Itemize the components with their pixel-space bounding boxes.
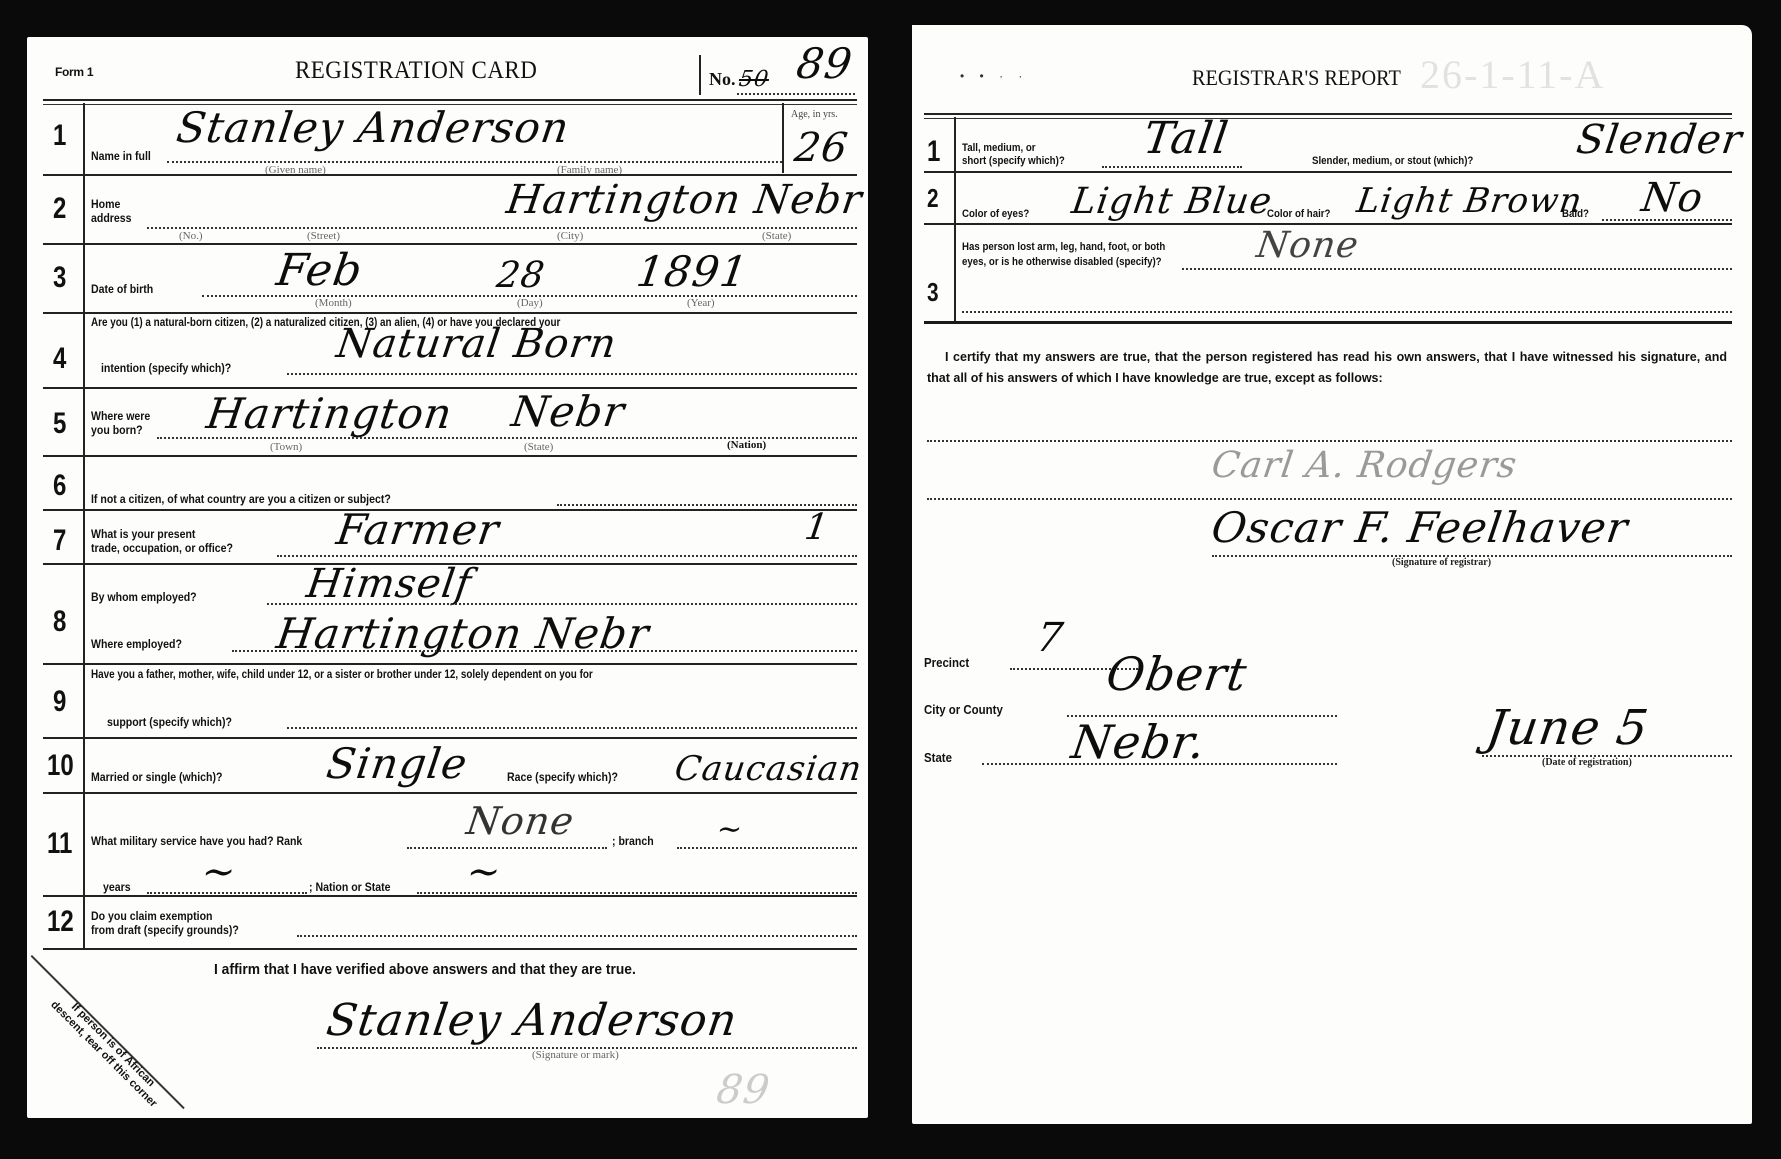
- field-label: Do you claim exemption: [91, 909, 212, 924]
- field-label: By whom employed?: [91, 590, 197, 605]
- faint-signature: Carl A. Rodgers: [1209, 445, 1520, 486]
- marital-status-value: Single: [324, 739, 471, 788]
- affirmation-text: I affirm that I have verified above answ…: [214, 962, 636, 977]
- military-rank-value: None: [464, 799, 577, 843]
- field-label: eyes, or is he otherwise disabled (speci…: [962, 255, 1162, 270]
- field-label: What military service have you had? Rank: [91, 834, 302, 849]
- report-title: REGISTRAR'S REPORT: [1192, 65, 1401, 91]
- birth-day: 28: [494, 255, 548, 296]
- occupation-value: Farmer: [334, 505, 503, 554]
- row-rule: [43, 792, 857, 794]
- sub-label: (Month): [315, 297, 352, 309]
- pencil-note: 89: [714, 1067, 773, 1113]
- fill-line: [277, 555, 857, 557]
- field-label: Has person lost arm, leg, hand, foot, or…: [962, 240, 1165, 255]
- disability-value: None: [1254, 225, 1361, 266]
- state-value: Nebr.: [1068, 715, 1209, 769]
- fill-line: [677, 847, 857, 849]
- row-number: 4: [53, 342, 66, 376]
- birth-month: Feb: [273, 245, 365, 296]
- number-line: [737, 93, 855, 95]
- sub-label: (City): [557, 230, 583, 242]
- signature-caption: (Signature or mark): [532, 1049, 619, 1061]
- number-struck: 50: [737, 67, 771, 92]
- sub-label: (No.): [179, 230, 203, 242]
- row-number: 10: [47, 749, 74, 783]
- citizenship-value: Natural Born: [334, 321, 620, 367]
- form-label: Form 1: [55, 65, 93, 79]
- row-number: 1: [53, 119, 66, 153]
- field-label: ; branch: [612, 834, 654, 849]
- row-number: 2: [53, 192, 66, 226]
- row-rule: [43, 455, 857, 457]
- fill-line: [1602, 219, 1732, 221]
- age-divider: [782, 103, 784, 173]
- punch-dots: • • · ·: [960, 69, 1028, 83]
- registrant-signature: Stanley Anderson: [323, 995, 740, 1046]
- row-number: 5: [53, 407, 66, 441]
- card-number: 89: [794, 39, 856, 88]
- field-label: Slender, medium, or stout (which)?: [1312, 154, 1473, 169]
- sub-label: (Nation): [727, 439, 766, 451]
- fill-line: [417, 892, 857, 894]
- row-rule: [43, 174, 857, 176]
- field-label: Race (specify which)?: [507, 770, 618, 785]
- field-label: Where employed?: [91, 637, 182, 652]
- sub-label: (State): [524, 441, 553, 453]
- row-number: 7: [53, 524, 66, 558]
- fill-line: [557, 504, 857, 506]
- military-branch-value: ~: [715, 812, 746, 847]
- row-rule: [43, 243, 857, 245]
- row-number: 9: [53, 685, 66, 719]
- field-label: from draft (specify grounds)?: [91, 923, 239, 938]
- field-label: Color of hair?: [1267, 207, 1330, 222]
- fill-line: [167, 161, 782, 163]
- sub-label: (Day): [517, 297, 543, 309]
- field-label: address: [91, 211, 132, 226]
- row-number: 1: [927, 135, 940, 169]
- card-title: REGISTRATION CARD: [295, 57, 537, 85]
- fill-line: [297, 935, 857, 937]
- city-label: City or County: [924, 702, 1003, 717]
- sub-label: (Street): [307, 230, 340, 242]
- field-label: ; Nation or State: [309, 880, 391, 895]
- sub-label: (State): [762, 230, 791, 242]
- military-years-value: ~: [199, 849, 240, 895]
- row-number: 3: [53, 261, 66, 295]
- build-value: Slender: [1574, 117, 1745, 163]
- birthplace-town: Hartington: [204, 389, 456, 438]
- row-number: 3: [927, 277, 939, 308]
- birth-year: 1891: [634, 247, 752, 296]
- exception-line: [927, 440, 1732, 442]
- registration-date: June 5: [1483, 700, 1652, 756]
- fill-line: [962, 311, 1732, 313]
- row-rule: [924, 171, 1732, 173]
- registrar-signature: Oscar F. Feelhaver: [1209, 503, 1632, 552]
- certification-text: I certify that my answers are true, that…: [927, 347, 1727, 389]
- divider: [699, 55, 701, 95]
- birthplace-state: Nebr: [509, 387, 628, 436]
- field-label: Where were: [91, 409, 150, 424]
- field-label: years: [103, 880, 131, 895]
- registrar-caption: (Signature of registrar): [1392, 557, 1491, 568]
- number-label: No.: [709, 69, 736, 90]
- sub-label: (Town): [270, 441, 302, 453]
- military-nation-value: ~: [464, 849, 505, 895]
- row-rule: [43, 663, 857, 665]
- row-number: 8: [53, 605, 66, 639]
- corner-note: If person is of African descent, tear of…: [46, 988, 170, 1112]
- field-label: Name in full: [91, 149, 151, 164]
- fill-line: [1102, 166, 1242, 168]
- fill-line: [982, 763, 1337, 765]
- registration-card: Form 1 REGISTRATION CARD No. 50 89 1 Nam…: [27, 37, 868, 1118]
- race-value: Caucasian: [672, 749, 865, 789]
- field-label: you born?: [91, 423, 143, 438]
- bald-value: No: [1639, 175, 1707, 221]
- exception-line: [927, 498, 1732, 500]
- row-number-column: [954, 117, 956, 323]
- fill-line: [287, 727, 857, 729]
- field-label: support (specify which)?: [107, 715, 232, 730]
- field-label: What is your present: [91, 527, 195, 542]
- precinct-value: 7: [1034, 615, 1067, 661]
- field-label: Home: [91, 197, 120, 212]
- field-label: Bald?: [1562, 207, 1589, 222]
- fill-line: [287, 373, 857, 375]
- name-value: Stanley Anderson: [174, 103, 573, 152]
- row-rule: [43, 895, 857, 897]
- field-label: Married or single (which)?: [91, 770, 222, 785]
- field-label: Have you a father, mother, wife, child u…: [91, 668, 593, 683]
- fill-line: [147, 227, 857, 229]
- home-address-value: Hartington Nebr: [504, 177, 866, 223]
- row-rule: [43, 948, 857, 950]
- row-number-column: [83, 103, 85, 948]
- eye-color-value: Light Blue: [1069, 181, 1275, 222]
- city-value: Obert: [1103, 647, 1250, 701]
- employer-value: Himself: [304, 561, 475, 607]
- archive-stamp: 26-1-11-A: [1420, 51, 1605, 98]
- row-number: 6: [53, 469, 66, 503]
- occupation-mark: 1: [802, 507, 832, 548]
- row-rule: [43, 312, 857, 314]
- height-value: Tall: [1140, 113, 1231, 164]
- hair-color-value: Light Brown: [1354, 181, 1585, 221]
- fill-line: [267, 603, 857, 605]
- fill-line: [147, 892, 307, 894]
- field-label: intention (specify which)?: [101, 361, 231, 376]
- sub-label: (Year): [687, 297, 715, 309]
- registrars-report-card: • • · · REGISTRAR'S REPORT 26-1-11-A 1 T…: [912, 25, 1752, 1124]
- state-label: State: [924, 750, 952, 765]
- fill-line: [232, 650, 857, 652]
- age-value: 26: [792, 125, 851, 171]
- field-label: Color of eyes?: [962, 207, 1029, 222]
- row-number: 2: [927, 183, 939, 214]
- row-number: 12: [47, 905, 74, 939]
- age-label: Age, in yrs.: [791, 109, 838, 120]
- field-label: Date of birth: [91, 282, 153, 297]
- field-label: trade, occupation, or office?: [91, 541, 233, 556]
- row-rule: [924, 321, 1732, 324]
- fill-line: [1182, 268, 1732, 270]
- precinct-label: Precinct: [924, 655, 969, 670]
- fill-line: [407, 847, 607, 849]
- date-caption: (Date of registration): [1542, 757, 1632, 768]
- field-label: short (specify which)?: [962, 154, 1065, 169]
- row-number: 11: [47, 827, 72, 861]
